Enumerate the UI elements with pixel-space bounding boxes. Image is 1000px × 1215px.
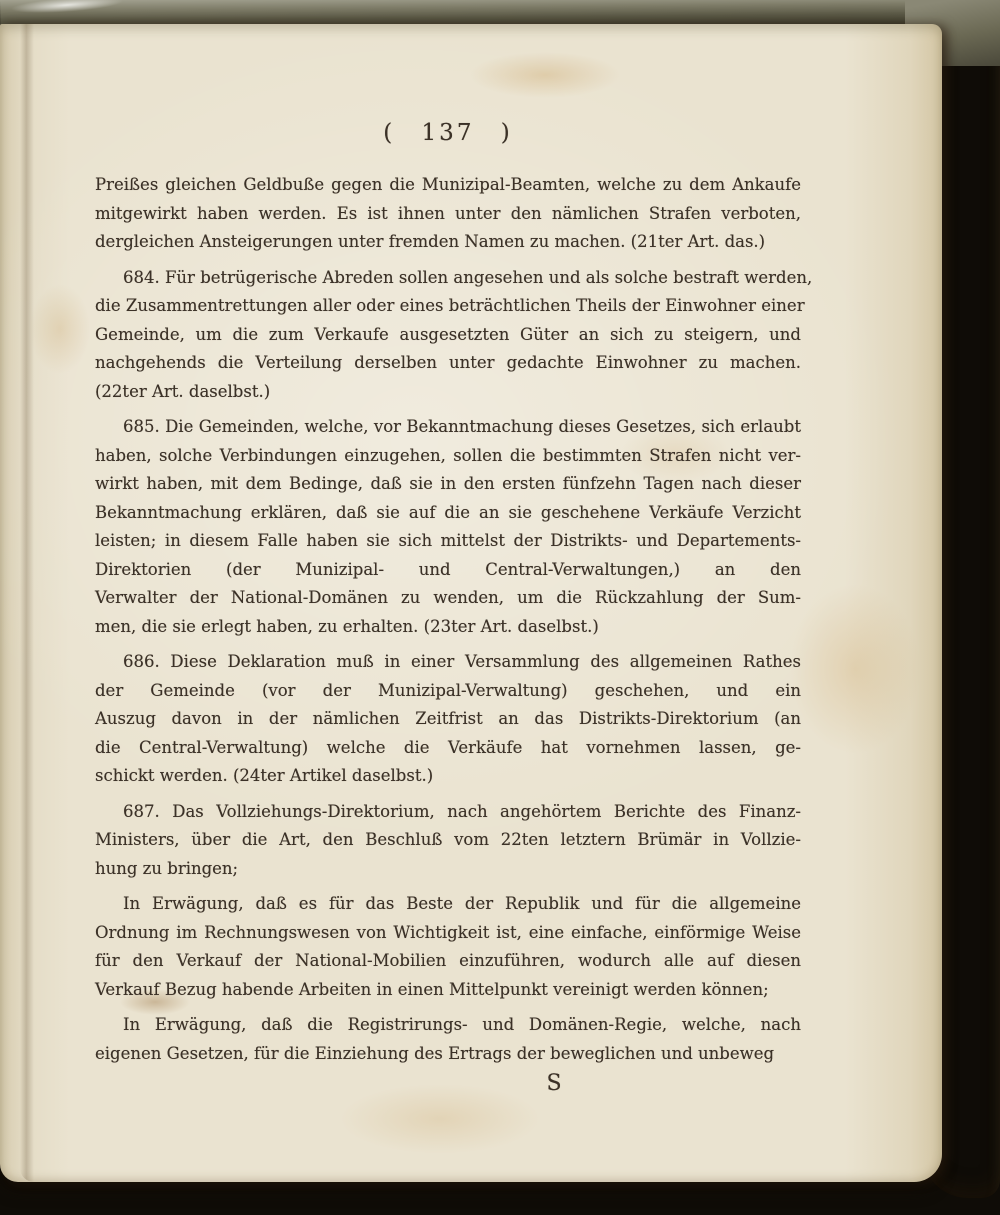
text-line: dergleichen Ansteigerungen unter fremden…	[95, 228, 801, 257]
text-line: Verwalter der National-Domänen zu wenden…	[95, 584, 801, 613]
paragraph: 687. Das Vollziehungs-Direktorium, nach …	[95, 798, 801, 884]
text-line: hung zu bringen;	[95, 855, 801, 884]
text-line: für den Verkauf der National-Mobilien ei…	[95, 947, 801, 976]
paragraph: In Erwägung, daß es für das Beste der Re…	[95, 890, 801, 1004]
paragraph: Preißes gleichen Geldbuße gegen die Muni…	[95, 171, 801, 257]
paper-stain	[790, 584, 920, 754]
text-line: Ministers, über die Art, den Beschluß vo…	[95, 826, 801, 855]
page-number: ( 137 )	[95, 120, 801, 146]
paragraph: 684. Für betrügerische Abreden sollen an…	[95, 264, 801, 407]
text-line: eigenen Gesetzen, für die Einziehung des…	[95, 1040, 801, 1069]
paragraph: 686. Diese Deklaration muß in einer Vers…	[95, 648, 801, 791]
paragraph: In Erwägung, daß die Registrirungs- und …	[95, 1011, 801, 1068]
paragraph: 685. Die Gemeinden, welche, vor Bekanntm…	[95, 413, 801, 641]
text-line: die Central-Verwaltung) welche die Verkä…	[95, 734, 801, 763]
text-line: (22ter Art. daselbst.)	[95, 378, 801, 407]
text-line: Preißes gleichen Geldbuße gegen die Muni…	[95, 171, 801, 200]
signature-mark: S	[201, 1070, 907, 1099]
text-line: mitgewirkt haben werden. Es ist ihnen un…	[95, 200, 801, 229]
text-line: 685. Die Gemeinden, welche, vor Bekanntm…	[95, 413, 801, 442]
text-line: 687. Das Vollziehungs-Direktorium, nach …	[95, 798, 801, 827]
text-line: men, die sie erlegt haben, zu erhalten. …	[95, 613, 801, 642]
text-line: Direktorien (der Munizipal- und Central-…	[95, 556, 801, 585]
text-line: nachgehends die Verteilung derselben unt…	[95, 349, 801, 378]
text-line: 686. Diese Deklaration muß in einer Vers…	[95, 648, 801, 677]
text-line: Verkauf Bezug habende Arbeiten in einen …	[95, 976, 801, 1005]
paper-stain	[470, 52, 620, 98]
text-line: leisten; in diesem Falle haben sie sich …	[95, 527, 801, 556]
text-line: der Gemeinde (vor der Munizipal-Verwaltu…	[95, 677, 801, 706]
text-line: Ordnung im Rechnungswesen von Wichtigkei…	[95, 919, 801, 948]
paper-stain	[30, 284, 90, 374]
text-line: 684. Für betrügerische Abreden sollen an…	[95, 264, 801, 293]
text-line: Gemeinde, um die zum Verkaufe ausgesetzt…	[95, 321, 801, 350]
book-scan: ( 137 ) Preißes gleichen Geldbuße gegen …	[0, 0, 1000, 1215]
text-line: In Erwägung, daß die Registrirungs- und …	[95, 1011, 801, 1040]
text-line: schickt werden. (24ter Artikel daselbst.…	[95, 762, 801, 791]
body-text: Preißes gleichen Geldbuße gegen die Muni…	[95, 171, 801, 1099]
binding-crease	[20, 24, 34, 1182]
text-line: Auszug davon in der nämlichen Zeitfrist …	[95, 705, 801, 734]
text-line: die Zusammentrettungen aller oder eines …	[95, 292, 801, 321]
book-page: ( 137 ) Preißes gleichen Geldbuße gegen …	[0, 24, 942, 1182]
text-line: haben, solche Verbindungen einzugehen, s…	[95, 442, 801, 471]
text-line: In Erwägung, daß es für das Beste der Re…	[95, 890, 801, 919]
text-line: wirkt haben, mit dem Bedinge, daß sie in…	[95, 470, 801, 499]
paragraphs: Preißes gleichen Geldbuße gegen die Muni…	[95, 171, 801, 1068]
text-line: Bekanntmachung erklären, daß sie auf die…	[95, 499, 801, 528]
